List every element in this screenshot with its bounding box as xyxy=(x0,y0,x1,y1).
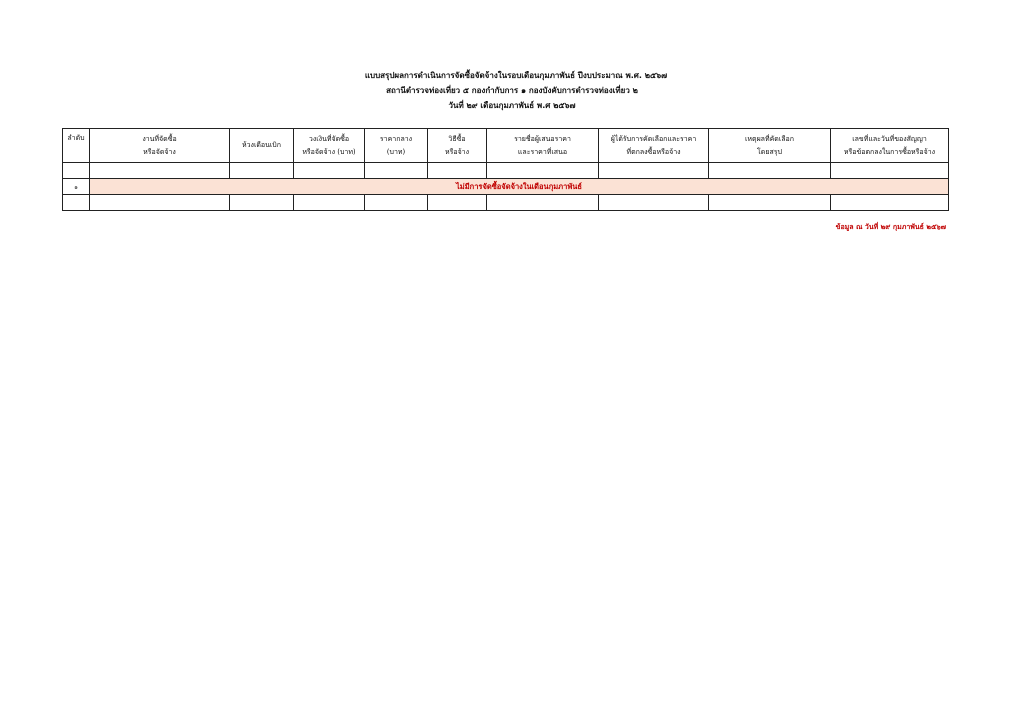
report-title: แบบสรุปผลการดำเนินการจัดซื้อจัดจ้างในรอบ… xyxy=(0,68,1024,83)
report-agency: สถานีตำรวจท่องเที่ยว ๕ กองกำกับการ ๑ กอง… xyxy=(0,83,1024,98)
table-row xyxy=(63,195,949,211)
column-header-bidders: รายชื่อผู้เสนอราคาและราคาที่เสนอ xyxy=(487,129,599,163)
column-header-sequence: ลำดับ xyxy=(63,129,90,163)
row-number: ๑ xyxy=(63,179,90,195)
column-header-budget: วงเงินที่จัดซื้อหรือจัดจ้าง (บาท) xyxy=(294,129,365,163)
column-header-reference-price: ราคากลาง(บาท) xyxy=(365,129,428,163)
table-row-no-procurement: ๑ ไม่มีการจัดซื้อจัดจ้างในเดือนกุมภาพันธ… xyxy=(63,179,949,195)
report-header: แบบสรุปผลการดำเนินการจัดซื้อจัดจ้างในรอบ… xyxy=(0,68,1024,113)
table-row xyxy=(63,163,949,179)
data-as-of-note: ข้อมูล ณ วันที่ ๒๙ กุมภาพันธ์ ๒๕๖๗ xyxy=(780,222,946,233)
column-header-contract: เลขที่และวันที่ของสัญญาหรือข้อตกลงในการซ… xyxy=(831,129,949,163)
column-header-selected-vendor: ผู้ได้รับการคัดเลือกและราคาที่ตกลงซื้อหร… xyxy=(599,129,709,163)
table-header-row: ลำดับ งานที่จัดซื้อหรือจัดจ้าง ห้วงเดือน… xyxy=(63,129,949,163)
no-procurement-message: ไม่มีการจัดซื้อจัดจ้างในเดือนกุมภาพันธ์ xyxy=(90,179,949,195)
column-header-selection-reason: เหตุผลที่คัดเลือกโดยสรุป xyxy=(709,129,831,163)
column-header-disbursement-month: ห้วงเดือนเบิก xyxy=(230,129,294,163)
report-date: วันที่ ๒๙ เดือนกุมภาพันธ์ พ.ศ ๒๕๖๗ xyxy=(0,98,1024,113)
column-header-method: วิธีซื้อหรือจ้าง xyxy=(428,129,487,163)
column-header-item: งานที่จัดซื้อหรือจัดจ้าง xyxy=(90,129,230,163)
procurement-summary-table: ลำดับ งานที่จัดซื้อหรือจัดจ้าง ห้วงเดือน… xyxy=(62,128,949,211)
